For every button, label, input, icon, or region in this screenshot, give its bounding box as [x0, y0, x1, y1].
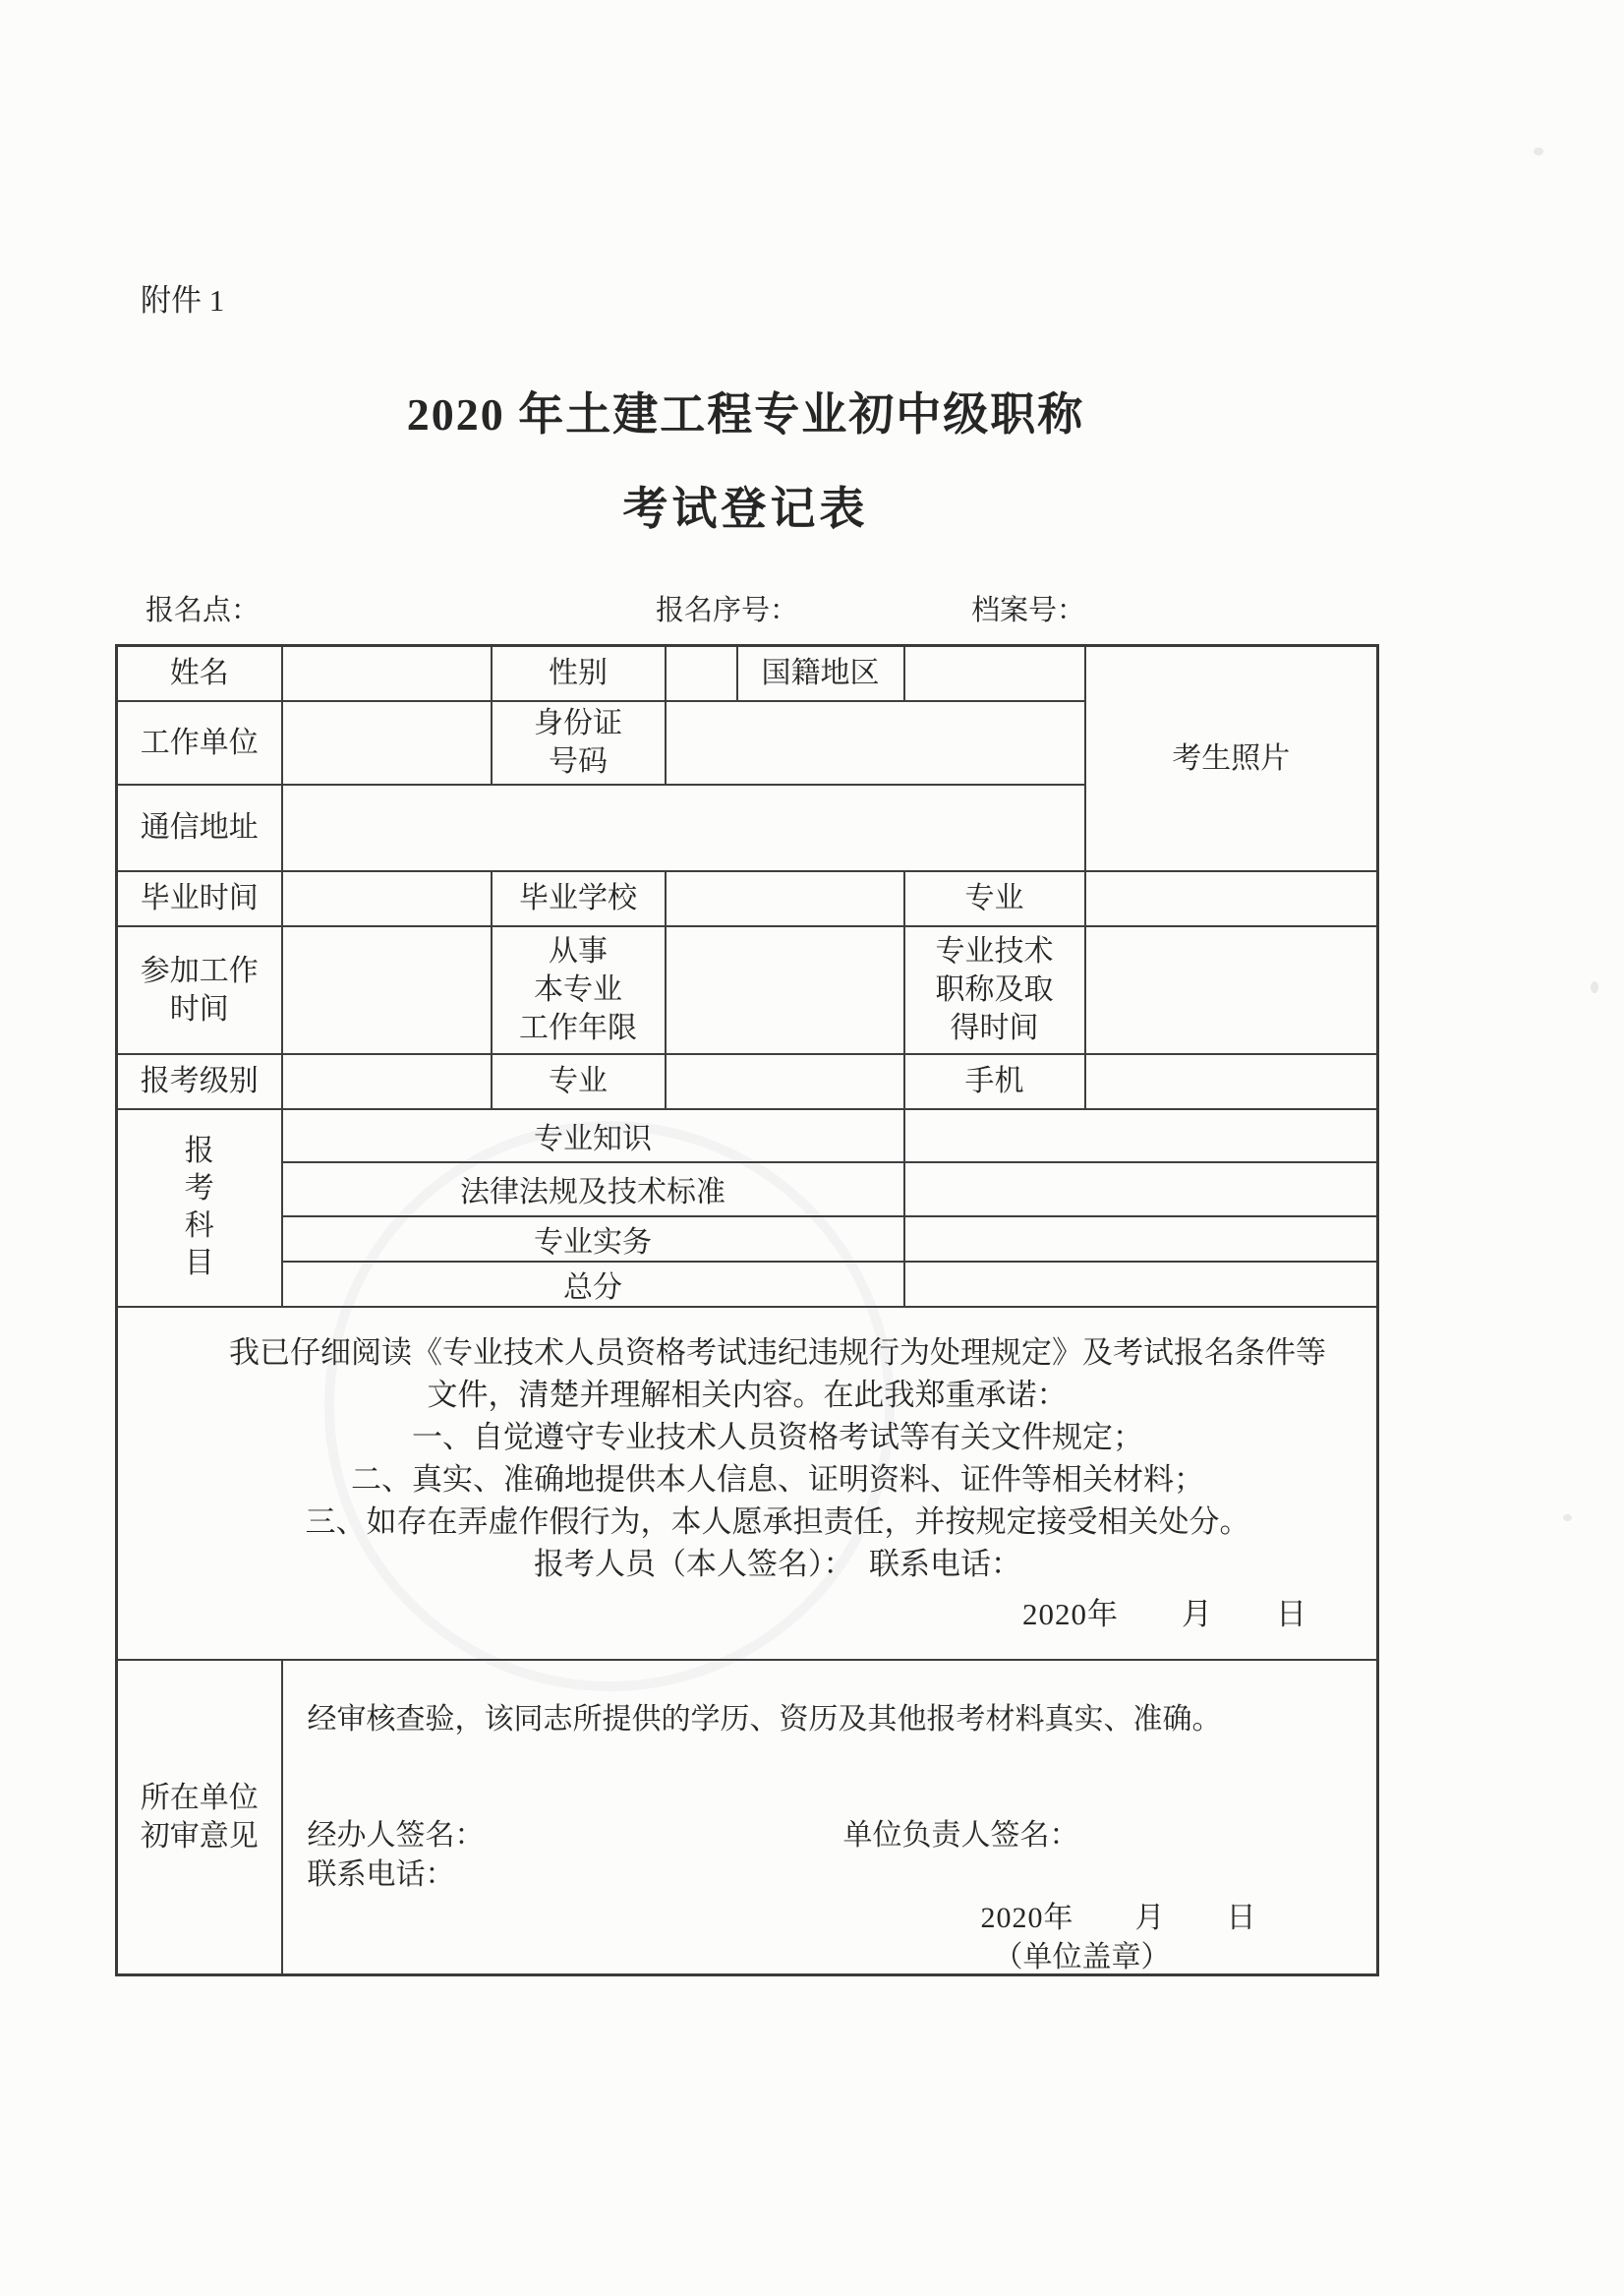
work-unit-label: 工作单位	[117, 701, 282, 785]
gender-label: 性别	[492, 646, 666, 701]
photo-cell: 考生照片	[1085, 646, 1378, 871]
form-title-line2: 考试登记表	[115, 473, 1376, 538]
handler-sign-label: 经办人签名：	[308, 1810, 485, 1854]
review-contact-label: 联系电话：	[308, 1850, 455, 1893]
attachment-label: 附件 1	[141, 275, 224, 320]
subject-score-cell	[904, 1109, 1378, 1162]
declaration-line: 文件，清楚并理解相关内容。在此我郑重承诺：	[118, 1374, 1376, 1416]
years-in-major-value-cell	[666, 926, 904, 1054]
review-content-cell: 经审核查验，该同志所提供的学历、资历及其他报考材料真实、准确。 经办人签名： 单…	[282, 1660, 1378, 1975]
subject-score-cell	[904, 1262, 1378, 1307]
grad-school-label: 毕业学校	[492, 871, 666, 926]
reg-serial-label: 报名序号：	[656, 588, 798, 628]
grad-major-value-cell	[1085, 871, 1378, 926]
scan-speck	[1563, 1514, 1572, 1521]
declaration-line: 二、真实、准确地提供本人信息、证明资料、证件等相关材料；	[118, 1458, 1376, 1501]
work-start-value-cell	[282, 926, 492, 1054]
scanned-form-page: 附件 1 2020 年土建工程专业初中级职称 考试登记表 报名点： 报名序号： …	[0, 0, 1624, 2296]
mobile-label: 手机	[904, 1054, 1085, 1109]
nationality-label: 国籍地区	[737, 646, 904, 701]
subject-row: 专业知识	[282, 1109, 904, 1162]
subject-score-cell	[904, 1162, 1378, 1216]
grad-time-value-cell	[282, 871, 492, 926]
name-label: 姓名	[117, 646, 282, 701]
subject-row: 总分	[282, 1262, 904, 1307]
unit-seal-note: （单位盖章）	[994, 1932, 1171, 1975]
address-label: 通信地址	[117, 785, 282, 871]
declaration-line: 三、如存在弄虚作假行为，本人愿承担责任，并按规定接受相关处分。	[118, 1501, 1376, 1543]
subject-row: 法律法规及技术标准	[282, 1162, 904, 1216]
id-number-value-cell	[666, 701, 1085, 785]
form-title: 2020 年土建工程专业初中级职称 考试登记表	[115, 387, 1376, 538]
scan-speck	[1591, 981, 1598, 993]
reg-point-label: 报名点：	[145, 588, 260, 628]
archive-no-label: 档案号：	[971, 588, 1085, 628]
form-title-line1: 2020 年土建工程专业初中级职称	[115, 387, 1376, 442]
review-statement: 经审核查验，该同志所提供的学历、资历及其他报考材料真实、准确。	[308, 1694, 1222, 1737]
photo-label: 考生照片	[1172, 742, 1290, 775]
declaration-line: 我已仔细阅读《专业技术人员资格考试违纪违规行为处理规定》及考试报名条件等	[118, 1331, 1376, 1374]
years-in-major-label: 从事 本专业 工作年限	[492, 926, 666, 1054]
grad-major-label: 专业	[904, 871, 1085, 926]
declaration-signature-line: 报考人员（本人签名）： 联系电话：	[118, 1543, 1376, 1585]
exam-level-value-cell	[282, 1054, 492, 1109]
exam-major-label: 专业	[492, 1054, 666, 1109]
registration-table: 姓名 性别 国籍地区 考生照片 工作单位 身份证 号码 通信地址 毕业时间 毕	[115, 644, 1379, 1976]
nationality-value-cell	[904, 646, 1085, 701]
grad-time-label: 毕业时间	[117, 871, 282, 926]
work-unit-value-cell	[282, 701, 492, 785]
address-value-cell	[282, 785, 1085, 871]
id-number-label: 身份证 号码	[492, 701, 666, 785]
unit-head-sign-label: 单位负责人签名：	[843, 1810, 1079, 1854]
exam-major-value-cell	[666, 1054, 904, 1109]
review-label: 所在单位 初审意见	[117, 1660, 282, 1975]
mobile-value-cell	[1085, 1054, 1378, 1109]
title-obtained-value-cell	[1085, 926, 1378, 1054]
declaration-date: 2020年 月 日	[118, 1593, 1376, 1635]
subjects-header-cell: 报 考 科 目	[117, 1109, 282, 1307]
title-obtained-label: 专业技术 职称及取 得时间	[904, 926, 1085, 1054]
exam-level-label: 报考级别	[117, 1054, 282, 1109]
declaration-line: 一、自觉遵守专业技术人员资格考试等有关文件规定；	[118, 1416, 1376, 1458]
scan-speck	[1534, 147, 1543, 155]
name-value-cell	[282, 646, 492, 701]
work-start-label: 参加工作 时间	[117, 926, 282, 1054]
review-date: 2020年 月 日	[981, 1893, 1257, 1936]
declaration-section: 我已仔细阅读《专业技术人员资格考试违纪违规行为处理规定》及考试报名条件等 文件，…	[117, 1307, 1378, 1660]
subject-row: 专业实务	[282, 1216, 904, 1262]
grad-school-value-cell	[666, 871, 904, 926]
gender-value-cell	[666, 646, 737, 701]
subjects-header-label: 报 考 科 目	[185, 1135, 214, 1279]
subject-score-cell	[904, 1216, 1378, 1262]
